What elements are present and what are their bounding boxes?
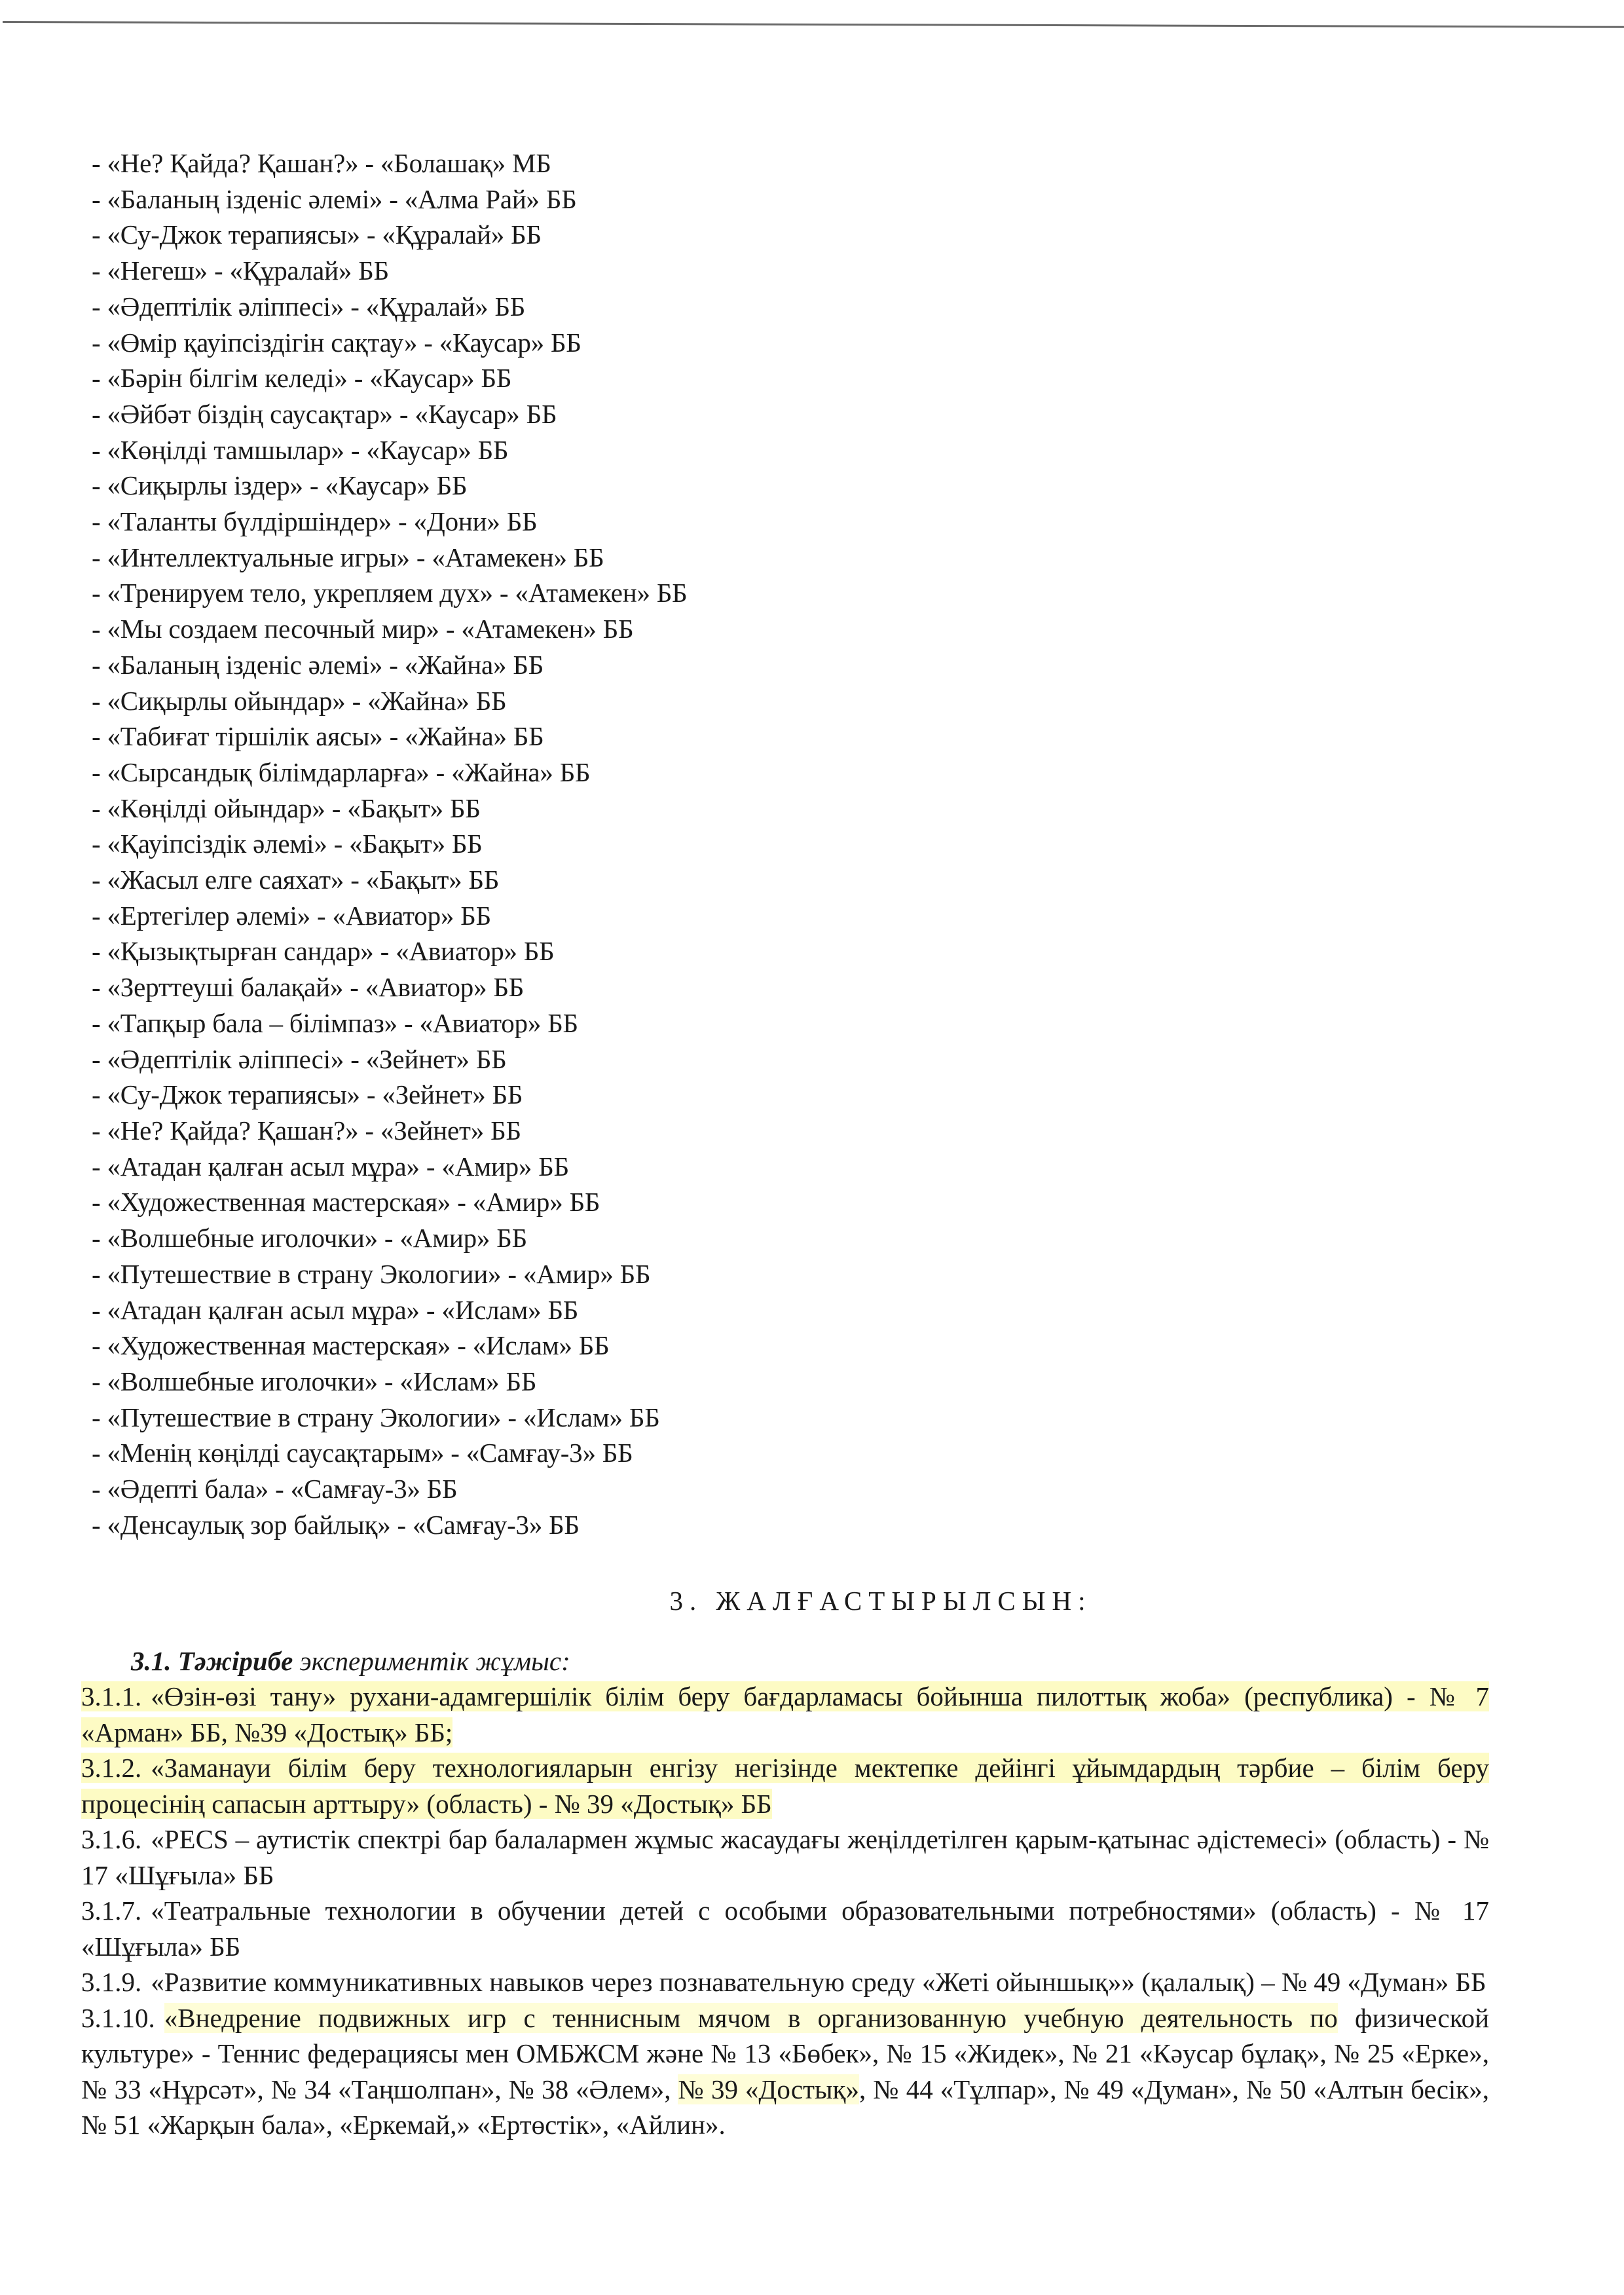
- list-item: -«Су-Джок терапиясы» - «Зейнет» ББ: [92, 1077, 1526, 1113]
- list-item-text: «Тапқыр бала – білімпаз» - «Авиатор» ББ: [107, 1008, 578, 1038]
- list-item: -«Қауіпсіздік әлемі» - «Бақыт» ББ: [92, 826, 1526, 862]
- list-item-text: «Өмір қауіпсіздігін сақтау» - «Каусар» Б…: [107, 327, 581, 358]
- list-item: -«Жасыл елге саяхат» - «Бақыт» ББ: [92, 862, 1526, 898]
- bullet-dash: -: [92, 1366, 100, 1396]
- bullet-dash: -: [92, 686, 100, 716]
- list-item-text: «Зерттеуші балақай» - «Авиатор» ББ: [107, 972, 524, 1002]
- bullet-dash: -: [92, 757, 100, 787]
- list-item-text: «Ертегілер әлемі» - «Авиатор» ББ: [107, 901, 490, 931]
- top-rule: [3, 21, 1624, 28]
- list-item-text: «Интеллектуальные игры» - «Атамекен» ББ: [107, 542, 604, 572]
- bullet-dash: -: [92, 1259, 100, 1289]
- item-number: 3.1.7.: [81, 1895, 141, 1926]
- list-item: -«Не? Қайда? Қашан?» - «Болашақ» МБ: [92, 145, 1526, 181]
- list-item: -«Путешествие в страну Экологии» - «Амир…: [92, 1256, 1526, 1292]
- bullet-dash: -: [92, 721, 100, 751]
- bullet-dash: -: [92, 1044, 100, 1074]
- item-3-1-2: 3.1.2.«Заманауи білім беру технологиялар…: [81, 1750, 1489, 1821]
- list-item-text: «Әдептілік әліппесі» - «Құралай» ББ: [107, 291, 525, 322]
- bullet-dash: -: [92, 1402, 100, 1432]
- bullet-dash: -: [92, 1151, 100, 1182]
- bullet-dash: -: [92, 901, 100, 931]
- bullet-dash: -: [92, 793, 100, 823]
- bullet-dash: -: [92, 1474, 100, 1504]
- list-item-text: «Волшебные иголочки» - «Амир» ББ: [107, 1223, 527, 1253]
- bullet-dash: -: [92, 435, 100, 465]
- bullet-dash: -: [92, 578, 100, 608]
- bullet-dash: -: [92, 865, 100, 895]
- bullet-dash: -: [92, 1187, 100, 1217]
- list-item: -«Путешествие в страну Экологии» - «Исла…: [92, 1400, 1526, 1436]
- list-item: -«Әдепті бала» - «Самғау-3» ББ: [92, 1471, 1526, 1507]
- bullet-dash: -: [92, 614, 100, 644]
- list-item: -«Әйбәт біздің саусақтар» - «Каусар» ББ: [92, 396, 1526, 432]
- list-item-text: «Не? Қайда? Қашан?» - «Зейнет» ББ: [107, 1115, 521, 1146]
- subsection-number: 3.1.: [131, 1646, 172, 1676]
- list-item-text: «Бәрін білгім келеді» - «Каусар» ББ: [107, 363, 511, 393]
- item-number: 3.1.2.: [81, 1753, 141, 1783]
- list-item: -«Тренируем тело, укрепляем дух» - «Атам…: [92, 575, 1526, 611]
- item-text-highlighted-2: № 39 «Достық»: [678, 2074, 859, 2104]
- bullet-dash: -: [92, 829, 100, 859]
- bullet-dash: -: [92, 1008, 100, 1038]
- list-item-text: «Мы создаем песочный мир» - «Атамекен» Б…: [107, 614, 633, 644]
- list-item: -«Интеллектуальные игры» - «Атамекен» ББ: [92, 540, 1526, 576]
- list-item-text: «Сиқырлы ойындар» - «Жайна» ББ: [107, 686, 506, 716]
- list-item: -«Сиқырлы іздер» - «Каусар» ББ: [92, 468, 1526, 504]
- list-item-text: «Қауіпсіздік әлемі» - «Бақыт» ББ: [107, 829, 482, 859]
- list-item-text: «Сырсандық білімдарларға» - «Жайна» ББ: [107, 757, 590, 787]
- list-item: -«Тапқыр бала – білімпаз» - «Авиатор» ББ: [92, 1005, 1526, 1041]
- list-item: -«Бәрін білгім келеді» - «Каусар» ББ: [92, 360, 1526, 396]
- list-item: -«Атадан қалған асыл мұра» - «Ислам» ББ: [92, 1292, 1526, 1328]
- list-item: -«Көңілді ойындар» - «Бақыт» ББ: [92, 791, 1526, 827]
- list-item: -«Волшебные иголочки» - «Амир» ББ: [92, 1220, 1526, 1256]
- item-text: «Заманауи білім беру технологияларын енг…: [81, 1753, 1489, 1819]
- list-item: -«Атадан қалған асыл мұра» - «Амир» ББ: [92, 1149, 1526, 1185]
- bullet-dash: -: [92, 1510, 100, 1540]
- bullet-dash: -: [92, 650, 100, 680]
- list-item: -«Денсаулық зор байлық» - «Самғау-3» ББ: [92, 1507, 1526, 1543]
- list-item-text: «Не? Қайда? Қашан?» - «Болашақ» МБ: [107, 148, 551, 178]
- list-item: -«Әдептілік әліппесі» - «Құралай» ББ: [92, 289, 1526, 325]
- bullet-dash: -: [92, 1223, 100, 1253]
- item-number: 3.1.6.: [81, 1824, 141, 1854]
- bullet-dash: -: [92, 1330, 100, 1360]
- bullet-dash: -: [92, 1115, 100, 1146]
- bullet-dash: -: [92, 1438, 100, 1468]
- list-item: -«Қызықтырған сандар» - «Авиатор» ББ: [92, 933, 1526, 969]
- list-item-text: «Көңілді тамшылар» - «Каусар» ББ: [107, 435, 508, 465]
- list-item: -«Негеш» - «Құралай» ББ: [92, 253, 1526, 289]
- bullet-dash: -: [92, 936, 100, 966]
- list-item-text: «Художественная мастерская» - «Амир» ББ: [107, 1187, 600, 1217]
- item-text: «Развитие коммуникативных навыков через …: [151, 1967, 1486, 1997]
- bullet-dash: -: [92, 219, 100, 250]
- item-text: «Өзін-өзі тану» рухани-адамгершілік білі…: [81, 1681, 1489, 1747]
- list-item: -«Волшебные иголочки» - «Ислам» ББ: [92, 1364, 1526, 1400]
- bullet-dash: -: [92, 327, 100, 358]
- list-item-text: «Атадан қалған асыл мұра» - «Амир» ББ: [107, 1151, 568, 1182]
- list-item-text: «Әйбәт біздің саусақтар» - «Каусар» ББ: [107, 399, 557, 429]
- item-number: 3.1.1.: [81, 1681, 141, 1711]
- item-3-1-10: 3.1.10.«Внедрение подвижных игр с теннис…: [81, 2000, 1489, 2143]
- bullet-dash: -: [92, 255, 100, 286]
- list-item: -«Әдептілік әліппесі» - «Зейнет» ББ: [92, 1041, 1526, 1077]
- list-item-text: «Менің көңілді саусақтарым» - «Самғау-3»…: [107, 1438, 633, 1468]
- subsection-title-bold: Тәжірибе: [178, 1646, 293, 1676]
- list-item-text: «Тренируем тело, укрепляем дух» - «Атаме…: [107, 578, 687, 608]
- list-item: -«Художественная мастерская» - «Амир» ББ: [92, 1184, 1526, 1220]
- list-item-text: «Су-Джок терапиясы» - «Зейнет» ББ: [107, 1079, 523, 1110]
- list-item: -«Менің көңілді саусақтарым» - «Самғау-3…: [92, 1435, 1526, 1471]
- item-number: 3.1.9.: [81, 1967, 141, 1997]
- document-page: -«Не? Қайда? Қашан?» - «Болашақ» МБ-«Бал…: [92, 145, 1526, 2143]
- list-item-text: «Волшебные иголочки» - «Ислам» ББ: [107, 1366, 536, 1396]
- bullet-dash: -: [92, 148, 100, 178]
- item-text: «Театральные технологии в обучении детей…: [81, 1895, 1489, 1962]
- list-item-text: «Табиғат тіршілік аясы» - «Жайна» ББ: [107, 721, 544, 751]
- bullet-dash: -: [92, 506, 100, 536]
- bullet-dash: -: [92, 363, 100, 393]
- list-item-text: «Әдепті бала» - «Самғау-3» ББ: [107, 1474, 457, 1504]
- list-item: -«Көңілді тамшылар» - «Каусар» ББ: [92, 432, 1526, 468]
- bullet-dash: -: [92, 542, 100, 572]
- list-item: -«Су-Джок терапиясы» - «Құралай» ББ: [92, 217, 1526, 253]
- list-item-text: «Негеш» - «Құралай» ББ: [107, 255, 388, 286]
- list-item-text: «Путешествие в страну Экологии» - «Амир»…: [107, 1259, 650, 1289]
- subsection-title-rest: экспериментік жұмыс:: [300, 1646, 570, 1676]
- list-item: -«Таланты бүлдіршіндер» - «Дони» ББ: [92, 504, 1526, 540]
- list-item: -«Зерттеуші балақай» - «Авиатор» ББ: [92, 969, 1526, 1005]
- bullet-dash: -: [92, 470, 100, 500]
- item-3-1-7: 3.1.7.«Театральные технологии в обучении…: [81, 1893, 1489, 1964]
- list-item-text: «Баланың ізденіс әлемі» - «Жайна» ББ: [107, 650, 544, 680]
- bullet-dash: -: [92, 399, 100, 429]
- list-item-text: «Көңілді ойындар» - «Бақыт» ББ: [107, 793, 480, 823]
- list-item-text: «Сиқырлы іздер» - «Каусар» ББ: [107, 470, 467, 500]
- list-item: -«Баланың ізденіс әлемі» - «Жайна» ББ: [92, 647, 1526, 683]
- item-text-highlighted: «Внедрение подвижных игр с теннисным мяч…: [164, 2003, 1338, 2033]
- bullet-dash: -: [92, 1295, 100, 1325]
- list-item-text: «Жасыл елге саяхат» - «Бақыт» ББ: [107, 865, 499, 895]
- list-item-text: «Әдептілік әліппесі» - «Зейнет» ББ: [107, 1044, 506, 1074]
- list-item-text: «Су-Джок терапиясы» - «Құралай» ББ: [107, 219, 541, 250]
- bullet-dash: -: [92, 972, 100, 1002]
- bullet-dash: -: [92, 1079, 100, 1110]
- list-item: -«Табиғат тіршілік аясы» - «Жайна» ББ: [92, 718, 1526, 755]
- list-item-text: «Атадан қалған асыл мұра» - «Ислам» ББ: [107, 1295, 578, 1325]
- item-3-1-1: 3.1.1.«Өзін-өзі тану» рухани-адамгершілі…: [81, 1679, 1489, 1750]
- list-item-text: «Қызықтырған сандар» - «Авиатор» ББ: [107, 936, 554, 966]
- program-list: -«Не? Қайда? Қашан?» - «Болашақ» МБ-«Бал…: [92, 145, 1526, 1542]
- list-item: -«Художественная мастерская» - «Ислам» Б…: [92, 1328, 1526, 1364]
- item-number: 3.1.10.: [81, 2003, 155, 2033]
- item-3-1-6: 3.1.6.«PECS – аутистік спектрі бар балал…: [81, 1821, 1489, 1893]
- list-item: -«Сиқырлы ойындар» - «Жайна» ББ: [92, 683, 1526, 719]
- subsection-heading: 3.1. Тәжірибе экспериментік жұмыс:: [92, 1643, 1526, 1679]
- list-item-text: «Таланты бүлдіршіндер» - «Дони» ББ: [107, 506, 537, 536]
- list-item-text: «Денсаулық зор байлық» - «Самғау-3» ББ: [107, 1510, 579, 1540]
- list-item: -«Баланың ізденіс әлемі» - «Алма Рай» ББ: [92, 181, 1526, 217]
- item-text: «PECS – аутистік спектрі бар балалармен …: [81, 1824, 1489, 1890]
- item-3-1-9: 3.1.9.«Развитие коммуникативных навыков …: [81, 1964, 1489, 2000]
- bullet-dash: -: [92, 184, 100, 214]
- list-item-text: «Баланың ізденіс әлемі» - «Алма Рай» ББ: [107, 184, 576, 214]
- list-item: -«Сырсандық білімдарларға» - «Жайна» ББ: [92, 755, 1526, 791]
- section-heading: 3. ЖАЛҒАСТЫРЫЛСЫН:: [236, 1583, 1526, 1618]
- list-item: -«Мы создаем песочный мир» - «Атамекен» …: [92, 611, 1526, 647]
- list-item: -«Не? Қайда? Қашан?» - «Зейнет» ББ: [92, 1113, 1526, 1149]
- list-item: -«Ертегілер әлемі» - «Авиатор» ББ: [92, 898, 1526, 934]
- list-item-text: «Художественная мастерская» - «Ислам» ББ: [107, 1330, 609, 1360]
- bullet-dash: -: [92, 291, 100, 322]
- list-item: -«Өмір қауіпсіздігін сақтау» - «Каусар» …: [92, 325, 1526, 361]
- list-item-text: «Путешествие в страну Экологии» - «Ислам…: [107, 1402, 659, 1432]
